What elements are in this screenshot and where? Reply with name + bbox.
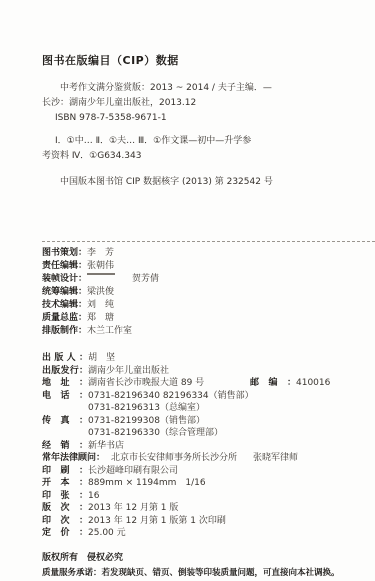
pub-value: 长沙超峰印刷有限公司: [88, 466, 178, 476]
pub-label: 开本：: [42, 477, 88, 490]
copyright-notice: 版权所有 侵权必究: [42, 551, 347, 566]
cip-entry: 中考作文满分鉴赏版：2013 ~ 2014 / 夫子主编．— 长沙：湖南少年儿童…: [42, 81, 347, 126]
pub-row-phone: 电话：0731-82196340 82196334（销售部）: [42, 390, 347, 403]
pub-value: 889mm × 1194mm 1/16: [88, 478, 206, 488]
credit-row-coordinator: 统筹编辑：梁洪俊: [42, 286, 347, 299]
credit-value: 郑 瑭: [87, 313, 114, 323]
pub-label: 出版发行：: [42, 365, 88, 378]
pub-label: 邮编：: [250, 377, 296, 390]
pub-row-printing: 印刷：长沙超峰印刷有限公司: [42, 465, 347, 478]
credit-row-technical: 技术编辑：刘 纯: [42, 299, 347, 312]
credit-row-quality: 质量总监：郑 瑭: [42, 312, 347, 325]
classification-line1: Ⅰ．①中… Ⅱ．①夫… Ⅲ．①作文课—初中—升学参: [42, 134, 347, 149]
cip-entry-line2: 长沙：湖南少年儿童出版社，2013.12: [42, 96, 347, 111]
pub-label: 版次：: [42, 502, 88, 515]
lawyer-name: 张晓军律师: [253, 453, 298, 463]
pub-label: 印刷：: [42, 465, 88, 478]
pub-value: 湖南省长沙市晚报大道 89 号: [88, 378, 204, 388]
pub-value: 410016: [296, 378, 330, 388]
pub-row-price: 定价：25.00 元: [42, 527, 347, 540]
pub-value: 16: [88, 491, 99, 501]
credit-value: 梁洪俊: [87, 287, 114, 297]
pub-value: 新华书店: [88, 441, 124, 451]
credit-label: 质量总监：: [42, 313, 87, 323]
credit-label: 图书策划：: [42, 248, 87, 258]
credit-label: 装帧设计：: [42, 274, 87, 284]
pub-value: 胡 坚: [88, 353, 115, 363]
credit-value: 刘 纯: [87, 300, 114, 310]
pub-value: 2013 年 12 月第 1 版: [88, 503, 178, 513]
credit-row-design: 装帧设计：贺芳倩: [42, 273, 347, 286]
pub-row-impression: 印次：2013 年 12 月第 1 版第 1 次印刷: [42, 515, 347, 528]
credit-value: 张朝伟: [87, 261, 114, 271]
pub-row-distribution: 经销：新华书店: [42, 440, 347, 453]
pub-row-fax-extra: 0731-82196330（综合管理部）: [42, 427, 347, 440]
credit-value: 木兰工作室: [87, 326, 132, 336]
credits-section: 图书策划：李 芳 责任编辑：张朝伟 装帧设计：贺芳倩 统筹编辑：梁洪俊 技术编辑…: [42, 247, 347, 338]
pub-row-sheets: 印张：16: [42, 490, 347, 503]
pub-label: 印张：: [42, 490, 88, 503]
pub-label: 电话：: [42, 390, 88, 403]
credit-label: 排版制作：: [42, 326, 87, 336]
pub-row-format: 开本：889mm × 1194mm 1/16: [42, 477, 347, 490]
pub-label: 印次：: [42, 515, 88, 528]
pub-row-legal-counsel: 常年法律顾问：北京市长安律师事务所长沙分所张晓军律师: [42, 452, 347, 465]
credit-row-editor: 责任编辑：张朝伟: [42, 260, 347, 273]
pub-label: 定价：: [42, 527, 88, 540]
credit-label: 统筹编辑：: [42, 287, 87, 297]
pub-row-publisher: 出版发行：湖南少年儿童出版社: [42, 365, 347, 378]
pub-label: 地址：: [42, 377, 88, 390]
pub-value: 0731-82199308（销售部）: [88, 416, 205, 426]
pub-label: 经销：: [42, 440, 88, 453]
credit-label: 责任编辑：: [42, 261, 87, 271]
pub-row-fax: 传真：0731-82199308（销售部）: [42, 415, 347, 428]
credit-label: 技术编辑：: [42, 300, 87, 310]
quality-pledge: 质量服务承诺：若发现缺页、错页、倒装等印装质量问题，可直接向本社调换。: [42, 566, 347, 580]
pub-label: 传真：: [42, 415, 88, 428]
cip-classification: Ⅰ．①中… Ⅱ．①夫… Ⅲ．①作文课—初中—升学参 考资料 Ⅳ．①G634.34…: [42, 134, 347, 164]
pub-row-publisher-person: 出版人：胡 坚: [42, 352, 347, 365]
pub-value: 2013 年 12 月第 1 版第 1 次印刷: [88, 516, 226, 526]
pub-value: 25.00 元: [88, 528, 126, 538]
dashed-divider: [42, 241, 375, 242]
credit-row-planner: 图书策划：李 芳: [42, 247, 347, 260]
pub-row-phone-extra: 0731-82196313（总编室）: [42, 402, 347, 415]
classification-line2: 考资料 Ⅳ．①G634.343: [42, 149, 347, 164]
isbn-number: ISBN 978-7-5358-9671-1: [42, 111, 347, 126]
credit-value: 李 芳: [87, 248, 114, 258]
pub-value: 湖南少年儿童出版社: [88, 366, 169, 376]
book-copyright-page: 图书在版编目（CIP）数据 中考作文满分鉴赏版：2013 ~ 2014 / 夫子…: [0, 0, 375, 581]
pub-row-address: 地址：湖南省长沙市晚报大道 89 号 邮编：410016: [42, 377, 347, 390]
pub-label: 出版人：: [42, 352, 88, 365]
publication-section: 出版人：胡 坚 出版发行：湖南少年儿童出版社 地址：湖南省长沙市晚报大道 89 …: [42, 352, 347, 540]
pub-label: 常年法律顾问：: [42, 452, 105, 465]
credit-row-typesetting: 排版制作：木兰工作室: [42, 325, 347, 338]
cip-record-number: 中国版本图书馆 CIP 数据核字 (2013) 第 232542 号: [42, 175, 347, 190]
pub-value: 0731-82196340 82196334（销售部）: [88, 391, 254, 401]
design-studio-logo-icon: [87, 273, 123, 282]
footer-notices: 版权所有 侵权必究 质量服务承诺：若发现缺页、错页、倒装等印装质量问题，可直接向…: [42, 551, 347, 580]
credit-value: 贺芳倩: [132, 274, 159, 284]
cip-entry-line1: 中考作文满分鉴赏版：2013 ~ 2014 / 夫子主编．—: [42, 81, 347, 96]
cip-header: 图书在版编目（CIP）数据: [42, 52, 347, 68]
pub-value: 北京市长安律师事务所长沙分所: [111, 453, 237, 463]
pub-mail-code: 邮编：410016: [250, 377, 330, 390]
pub-row-edition: 版次：2013 年 12 月第 1 版: [42, 502, 347, 515]
